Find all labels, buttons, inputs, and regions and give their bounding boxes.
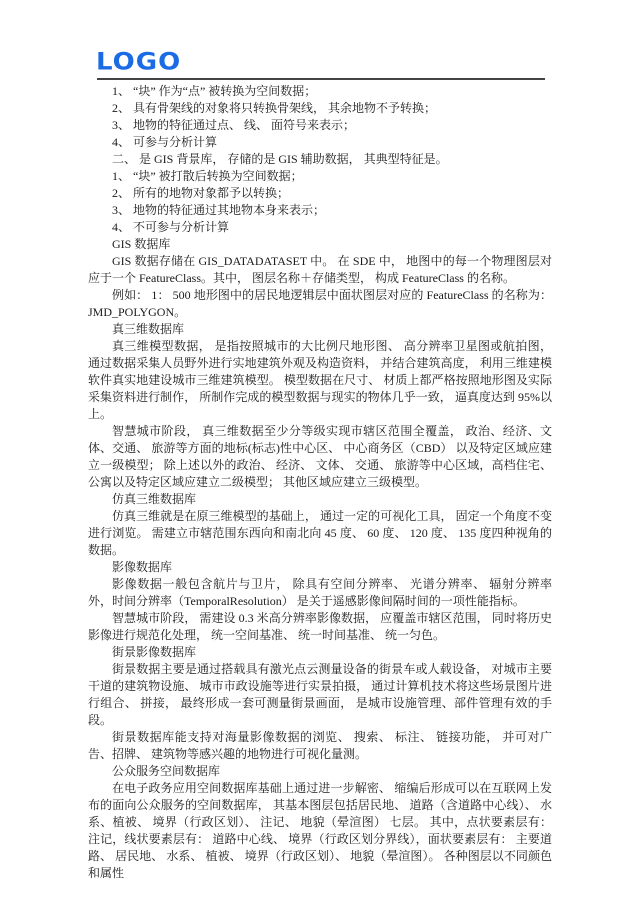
document-body: 1、 “块” 作为“点” 被转换为空间数据； 2、 具有骨架线的对象将只转换骨架…	[88, 83, 552, 882]
list-item: 3、 地物的特征通过其地物本身来表示；	[88, 202, 552, 219]
list-item: 2、 具有骨架线的对象将只转换骨架线， 其余地物不予转换；	[88, 100, 552, 117]
document-page: LOGO 1、 “块” 作为“点” 被转换为空间数据； 2、 具有骨架线的对象将…	[0, 0, 640, 906]
list-item: 1、 “块” 被打散后转换为空间数据；	[88, 168, 552, 185]
list-item: 二、 是 GIS 背景库， 存储的是 GIS 辅助数据， 其典型特征是。	[88, 151, 552, 168]
section-heading: 公众服务空间数据库	[88, 763, 552, 780]
header-divider	[97, 78, 545, 80]
section-heading: 街景影像数据库	[88, 644, 552, 661]
paragraph: 例如： 1： 500 地形图中的居民地逻辑层中面状图层对应的 FeatureCl…	[88, 287, 552, 321]
paragraph: 智慧城市阶段， 需建设 0.3 米高分辨率影像数据， 应覆盖市辖区范围， 同时将…	[88, 610, 552, 644]
list-item: 1、 “块” 作为“点” 被转换为空间数据；	[88, 83, 552, 100]
section-heading: 影像数据库	[88, 559, 552, 576]
list-item: 4、 可参与分析计算	[88, 134, 552, 151]
paragraph: 街景数据主要是通过搭载具有激光点云测量设备的街景车或人载设备， 对城市主要干道的…	[88, 661, 552, 729]
section-heading: 仿真三维数据库	[88, 491, 552, 508]
list-item: 3、 地物的特征通过点、 线、 面符号来表示；	[88, 117, 552, 134]
paragraph: 影像数据一般包含航片与卫片， 除具有空间分辨率、 光谱分辨率、 辐射分辨率外，时…	[88, 576, 552, 610]
paragraph: 真三维模型数据， 是指按照城市的大比例尺地形图、 高分辨率卫星图或航拍图， 通过…	[88, 338, 552, 423]
section-heading: GIS 数据库	[88, 236, 552, 253]
paragraph: GIS 数据存储在 GIS_DATADATASET 中。 在 SDE 中， 地图…	[88, 253, 552, 287]
list-item: 2、 所有的地物对象都予以转换；	[88, 185, 552, 202]
paragraph: 仿真三维就是在原三维模型的基础上， 通过一定的可视化工具， 固定一个角度不变进行…	[88, 508, 552, 559]
logo: LOGO	[96, 50, 181, 74]
list-item: 4、 不可参与分析计算	[88, 219, 552, 236]
paragraph: 街景数据库能支持对海量影像数据的浏览、 搜索、 标注、 链接功能， 并可对广告、…	[88, 729, 552, 763]
paragraph: 在电子政务应用空间数据库基础上通过进一步解密、 缩编后形成可以在互联网上发布的面…	[88, 780, 552, 882]
paragraph: 智慧城市阶段， 真三维数据至少分等级实现市辖区范围全覆盖， 政治、经济、文体、交…	[88, 423, 552, 491]
section-heading: 真三维数据库	[88, 321, 552, 338]
